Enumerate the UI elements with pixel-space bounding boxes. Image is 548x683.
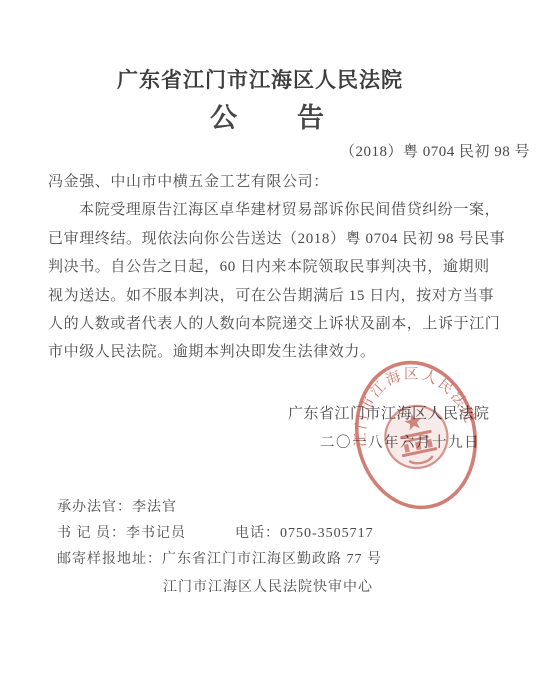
phone-line: 电话：0750-3505717 bbox=[235, 522, 374, 542]
address-label: 邮寄样报地址： bbox=[57, 552, 162, 567]
mailing-address-line: 邮寄样报地址：广东省江门市江海区勤政路 77 号 bbox=[57, 548, 382, 568]
body-line: 本院受理原告江海区卓华建材贸易部诉你民间借贷纠纷一案， bbox=[48, 196, 522, 224]
body-line: 人的人数或者代表人的人数向本院递交上诉状及副本，上诉于江门 bbox=[48, 310, 522, 338]
judge-name: 李法官 bbox=[132, 500, 177, 515]
clerk-label: 书 记 员： bbox=[57, 526, 126, 541]
clerk-name: 李书记员 bbox=[126, 526, 186, 541]
handling-judge-line: 承办法官：李法官 bbox=[57, 496, 177, 516]
court-title: 广东省江门市江海区人民法院 bbox=[0, 64, 520, 94]
mailing-address-line-2: 江门市江海区人民法院快审中心 bbox=[163, 576, 373, 596]
body-line: 已审理终结。现依法向你公告送达（2018）粤 0704 民初 98 号民事 bbox=[48, 225, 522, 253]
notice-title: 公 告 bbox=[0, 96, 536, 135]
case-number: （2018）粤 0704 民初 98 号 bbox=[340, 140, 530, 161]
notice-body: 冯金强、中山市中横五金工艺有限公司： 本院受理原告江海区卓华建材贸易部诉你民间借… bbox=[48, 168, 522, 367]
signature-date: 二〇一八年六月十九日 bbox=[320, 431, 480, 452]
judge-label: 承办法官： bbox=[57, 500, 132, 515]
phone-number: 0750-3505717 bbox=[280, 526, 374, 541]
court-notice-document: 广东省江门市江海区人民法院 公 告 （2018）粤 0704 民初 98 号 冯… bbox=[0, 0, 548, 683]
body-line: 市中级人民法院。逾期本判决即发生法律效力。 bbox=[48, 338, 522, 366]
clerk-line: 书 记 员：李书记员 电话：0750-3505717 bbox=[57, 522, 186, 542]
phone-label: 电话： bbox=[235, 526, 280, 541]
body-line: 视为送达。如不服本判决，可在公告期满后 15 日内，按对方当事 bbox=[48, 282, 522, 310]
addressee-line: 冯金强、中山市中横五金工艺有限公司： bbox=[48, 168, 522, 196]
address-value: 广东省江门市江海区勤政路 77 号 bbox=[162, 552, 382, 567]
body-line: 判决书。自公告之日起，60 日内来本院领取民事判决书，逾期则 bbox=[48, 253, 522, 281]
signature-court-name: 广东省江门市江海区人民法院 bbox=[288, 402, 490, 423]
